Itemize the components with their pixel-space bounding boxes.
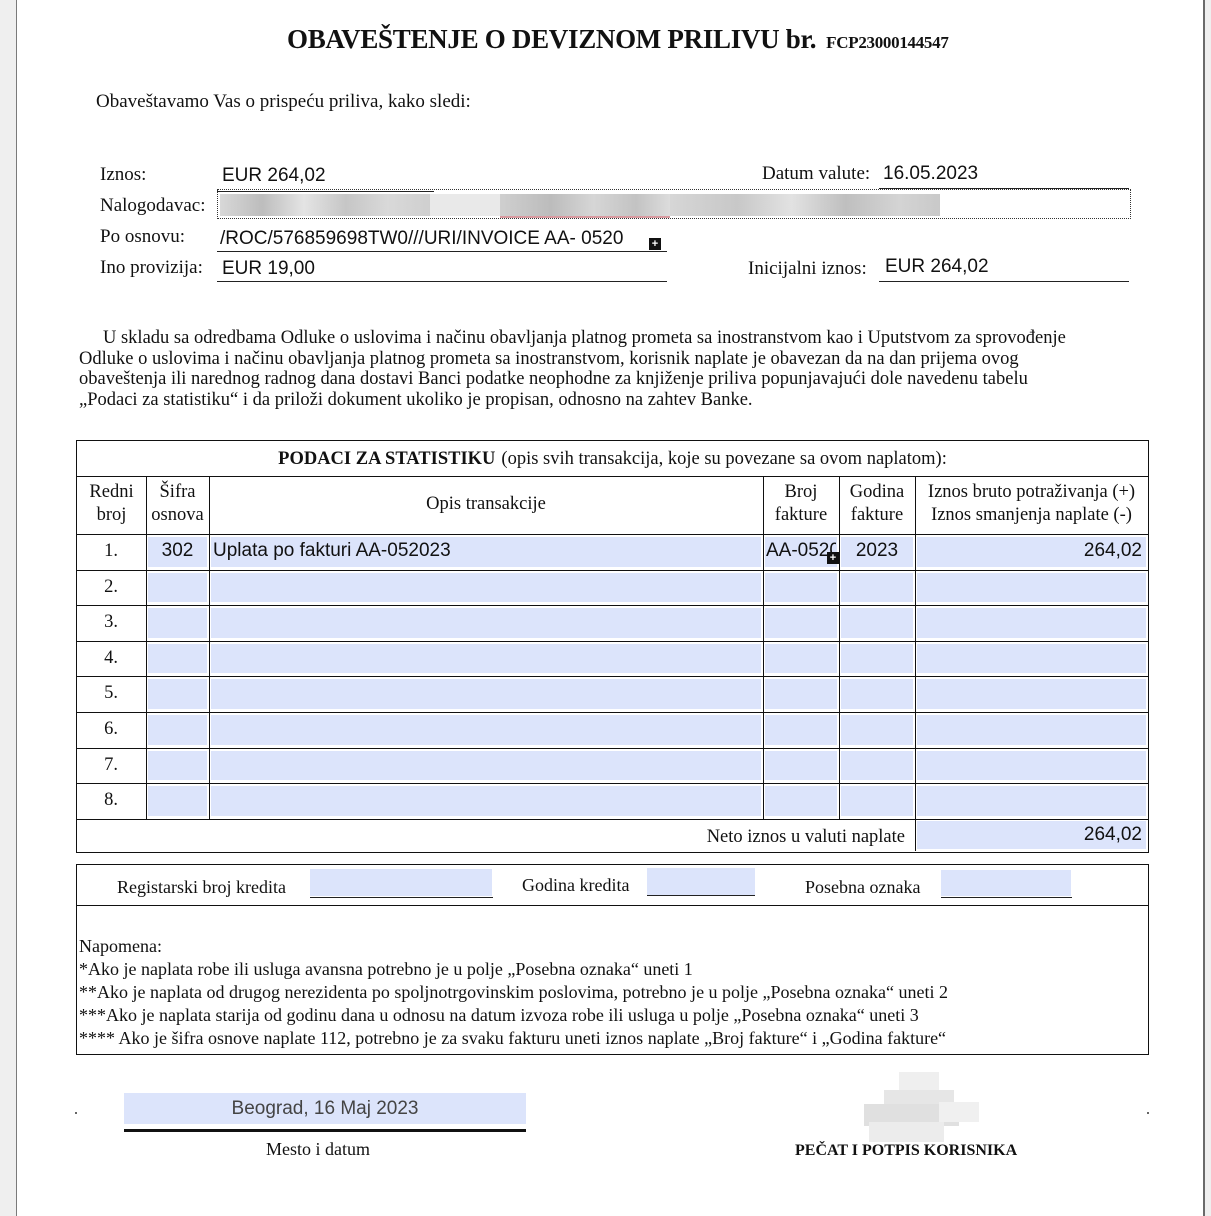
row-divider — [77, 712, 1148, 713]
registarski-field[interactable] — [310, 869, 492, 896]
iznos-field[interactable] — [917, 751, 1146, 781]
opis-field[interactable] — [211, 608, 761, 638]
godina-fakture-field[interactable] — [841, 751, 913, 781]
column-divider — [763, 476, 764, 819]
sifra-osnova-field[interactable] — [148, 608, 207, 638]
column-header-broj-fakture: Brojfakture — [763, 481, 839, 527]
opis-field[interactable] — [211, 751, 761, 781]
row-divider — [77, 605, 1148, 606]
iznos-field[interactable] — [917, 715, 1146, 745]
godina-fakture-field[interactable] — [841, 715, 913, 745]
header-line: Opis transakcije — [209, 493, 763, 516]
iznos-field[interactable] — [917, 644, 1146, 674]
document-number: FCP23000144547 — [826, 33, 948, 52]
header-line: broj — [77, 504, 146, 527]
signature-redacted — [839, 1072, 999, 1152]
overflow-plus-icon[interactable]: + — [649, 238, 661, 250]
margin-mark — [75, 1112, 77, 1114]
po-osnovu-underline — [217, 251, 667, 252]
datum-valute-field[interactable]: 16.05.2023 — [883, 163, 978, 185]
row-divider — [77, 819, 1148, 820]
credit-separator — [77, 905, 1148, 906]
header-line: osnova — [146, 504, 209, 527]
paragraph-line: U skladu sa odredbama Odluke o uslovima … — [79, 328, 1179, 349]
redacted-block — [220, 194, 430, 216]
header-divider — [77, 534, 1148, 535]
godina-fakture-field[interactable] — [841, 786, 913, 816]
posebna-oznaka-label: Posebna oznaka — [805, 877, 920, 898]
header-line: fakture — [763, 504, 839, 527]
godina-kredita-underline — [647, 895, 755, 896]
broj-fakture-field[interactable] — [765, 573, 837, 603]
note-item: ***Ako je naplata starija od godinu dana… — [79, 1004, 919, 1027]
nalogodavac-field[interactable] — [217, 189, 1131, 219]
mesto-datum-field[interactable]: Beograd, 16 Maj 2023 — [124, 1093, 526, 1124]
margin-mark — [1147, 1112, 1149, 1114]
overflow-plus-icon[interactable]: + — [827, 552, 839, 564]
sifra-osnova-value: 302 — [146, 540, 209, 562]
opis-field[interactable] — [211, 644, 761, 674]
header-line: fakture — [839, 504, 915, 527]
row-number: 7. — [77, 755, 145, 776]
datum-valute-label: Datum valute: — [762, 163, 870, 185]
row-number: 4. — [77, 648, 145, 669]
note-item: **** Ako je šifra osnove naplate 112, po… — [79, 1027, 946, 1050]
iznos-field[interactable]: EUR 264,02 — [222, 165, 326, 187]
column-header-sifra-osnova: Šifraosnova — [146, 481, 209, 527]
statistics-subtitle: (opis svih transakcija, koje su povezane… — [501, 449, 946, 469]
row-number: 1. — [77, 541, 145, 562]
row-number: 2. — [77, 577, 145, 598]
row-divider — [77, 570, 1148, 571]
godina-fakture-field[interactable] — [841, 608, 913, 638]
paragraph-line: „Podaci za statistiku“ i da priloži doku… — [79, 390, 1179, 411]
sifra-osnova-field[interactable] — [148, 644, 207, 674]
sifra-osnova-field[interactable] — [148, 679, 207, 709]
broj-fakture-field[interactable] — [765, 679, 837, 709]
inicijalni-iznos-underline — [879, 281, 1129, 282]
godina-kredita-label: Godina kredita — [522, 875, 629, 896]
statistics-title: PODACI ZA STATISTIKU — [278, 449, 495, 469]
instructions-paragraph: U skladu sa odredbama Odluke o uslovima … — [79, 328, 1179, 410]
iznos-value: 264,02 — [915, 540, 1142, 562]
column-header-godina-fakture: Godinafakture — [839, 481, 915, 527]
header-line: Šifra — [146, 481, 209, 504]
iznos-field[interactable] — [917, 786, 1146, 816]
redacted-block — [500, 194, 670, 219]
broj-fakture-field[interactable] — [765, 751, 837, 781]
sifra-osnova-field[interactable] — [148, 715, 207, 745]
neto-iznos-value: 264,02 — [915, 824, 1142, 846]
godina-fakture-value: 2023 — [839, 540, 915, 562]
column-divider — [146, 476, 147, 819]
header-line: Redni — [77, 481, 146, 504]
row-divider — [77, 641, 1148, 642]
registarski-underline — [310, 897, 493, 898]
statistics-table: PODACI ZA STATISTIKU(opis svih transakci… — [76, 440, 1149, 853]
iznos-label: Iznos: — [100, 164, 146, 186]
column-header-iznos: Iznos bruto potraživanja (+)Iznos smanje… — [915, 481, 1148, 527]
broj-fakture-field[interactable] — [765, 715, 837, 745]
godina-fakture-field[interactable] — [841, 573, 913, 603]
mesto-datum-underline — [124, 1129, 526, 1132]
posebna-oznaka-underline — [941, 897, 1072, 898]
ino-provizija-field[interactable]: EUR 19,00 — [222, 258, 315, 280]
document-page: OBAVEŠTENJE O DEVIZNOM PRILIVU br.FCP230… — [16, 0, 1205, 1216]
header-line: Iznos bruto potraživanja (+) — [915, 481, 1148, 504]
po-osnovu-field[interactable]: /ROC/576859698TW0///URI/INVOICE AA- 0520 — [220, 228, 660, 250]
opis-field[interactable] — [211, 679, 761, 709]
column-divider — [839, 476, 840, 819]
title-text: OBAVEŠTENJE O DEVIZNOM PRILIVU br. — [287, 24, 816, 54]
broj-fakture-field[interactable] — [765, 644, 837, 674]
header-line: Godina — [839, 481, 915, 504]
opis-value: Uplata po fakturi AA-052023 — [213, 540, 759, 562]
inicijalni-iznos-label: Inicijalni iznos: — [748, 258, 867, 280]
column-divider — [209, 476, 210, 819]
ino-provizija-label: Ino provizija: — [100, 257, 203, 279]
neto-iznos-label: Neto iznos u valuti naplate — [707, 827, 905, 848]
opis-field[interactable] — [211, 715, 761, 745]
note-item: *Ako je naplata robe ili usluga avansna … — [79, 958, 693, 981]
mesto-datum-label: Mesto i datum — [266, 1139, 370, 1160]
po-osnovu-label: Po osnovu: — [100, 226, 185, 248]
posebna-oznaka-field[interactable] — [941, 870, 1071, 896]
opis-field[interactable] — [211, 786, 761, 816]
iznos-field[interactable] — [917, 573, 1146, 603]
iznos-field[interactable] — [917, 608, 1146, 638]
broj-fakture-value: AA-0520 — [766, 540, 836, 562]
opis-field[interactable] — [211, 573, 761, 603]
inicijalni-iznos-field[interactable]: EUR 264,02 — [885, 256, 989, 278]
broj-fakture-field[interactable] — [765, 608, 837, 638]
broj-fakture-field[interactable] — [765, 786, 837, 816]
paragraph-line: obaveštenja ili narednog radnog dana dos… — [79, 369, 1179, 390]
pecat-potpis-label: PEČAT I POTPIS KORISNIKA — [795, 1142, 1017, 1160]
row-divider — [77, 676, 1148, 677]
credit-notes-box: Registarski broj kredita Godina kredita … — [76, 864, 1149, 1055]
row-number: 6. — [77, 719, 145, 740]
row-number: 3. — [77, 612, 145, 633]
sifra-osnova-field[interactable] — [148, 751, 207, 781]
row-number: 5. — [77, 683, 145, 704]
ino-provizija-underline — [217, 281, 667, 282]
note-item: **Ako je naplata od drugog nerezidenta p… — [79, 981, 948, 1004]
iznos-field[interactable] — [917, 679, 1146, 709]
statistics-caption: PODACI ZA STATISTIKU(opis svih transakci… — [77, 441, 1148, 477]
redacted-block — [670, 194, 940, 216]
redacted-block — [430, 194, 500, 216]
row-number: 8. — [77, 790, 145, 811]
registarski-label: Registarski broj kredita — [117, 877, 286, 898]
nalogodavac-label: Nalogodavac: — [100, 195, 206, 217]
header-line: Iznos smanjenja naplate (-) — [915, 504, 1148, 527]
column-divider — [915, 476, 916, 819]
godina-kredita-field[interactable] — [647, 868, 755, 896]
godina-fakture-field[interactable] — [841, 679, 913, 709]
header-line: Broj — [763, 481, 839, 504]
column-header-opis: Opis transakcije — [209, 493, 763, 516]
column-header-redni-broj: Rednibroj — [77, 481, 146, 527]
document-title: OBAVEŠTENJE O DEVIZNOM PRILIVU br.FCP230… — [287, 24, 949, 55]
row-divider — [77, 748, 1148, 749]
row-divider — [77, 783, 1148, 784]
sifra-osnova-field[interactable] — [148, 573, 207, 603]
intro-text: Obaveštavamo Vas o prispeću priliva, kak… — [96, 91, 471, 113]
sifra-osnova-field[interactable] — [148, 786, 207, 816]
godina-fakture-field[interactable] — [841, 644, 913, 674]
notes-heading: Napomena: — [79, 935, 162, 958]
paragraph-line: Odluke o uslovima i načinu obavljanja pl… — [79, 349, 1179, 370]
